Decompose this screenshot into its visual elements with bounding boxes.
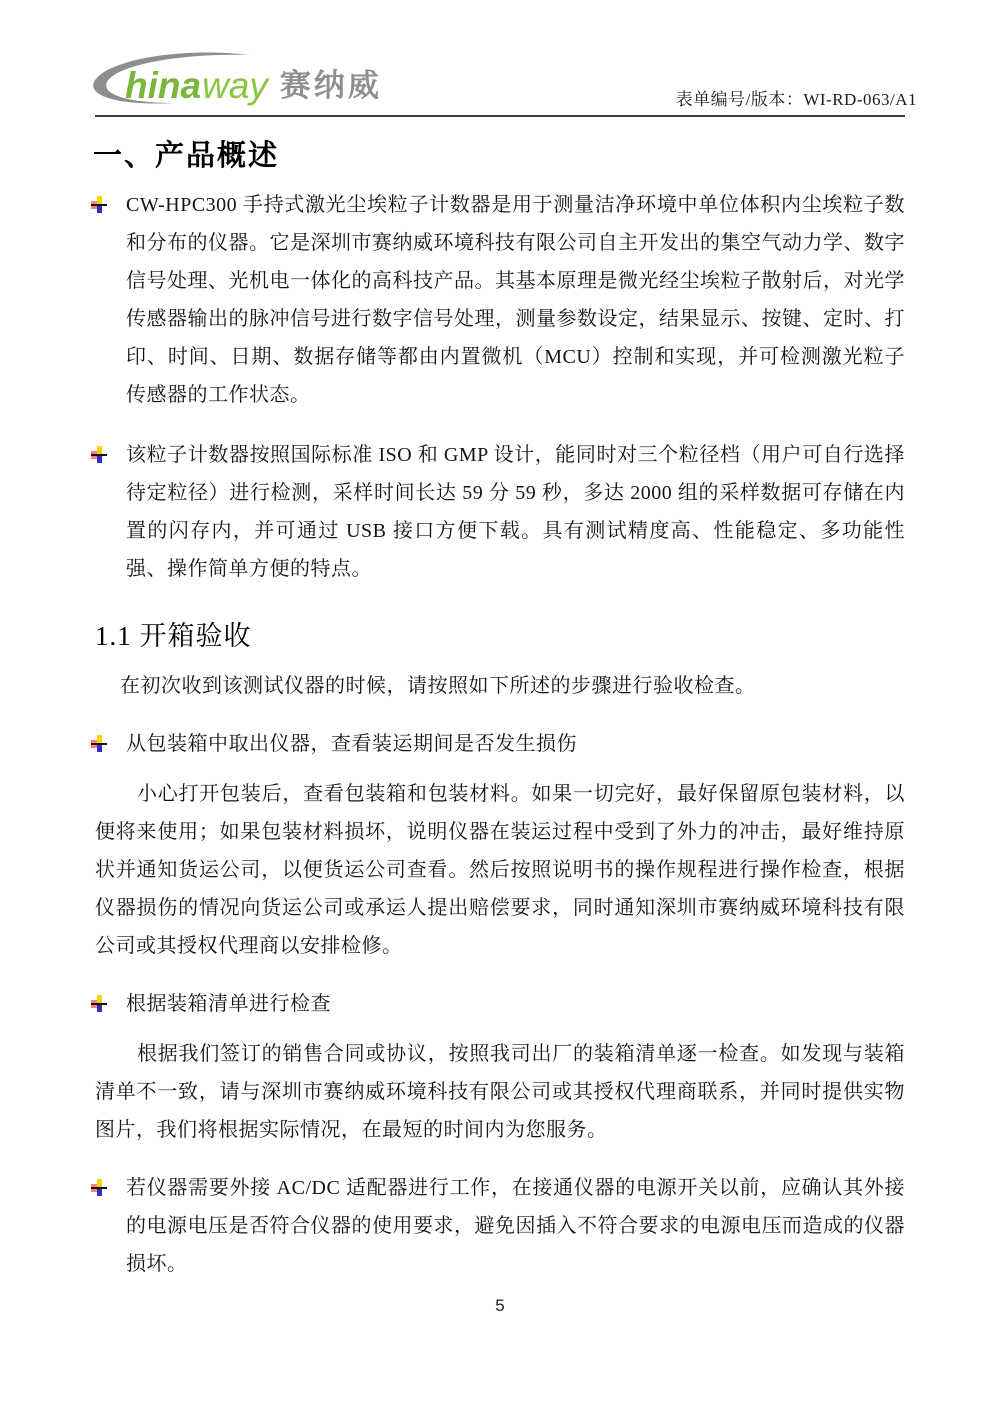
body-paragraph: CW-HPC300 手持式激光尘埃粒子计数器是用于测量洁净环境中单位体积内尘埃粒…	[126, 186, 905, 414]
section-title: 一、产品概述	[93, 133, 905, 174]
form-number-label: 表单编号/版本：WI-RD-063/A1	[676, 85, 917, 110]
list-bullet-icon	[91, 196, 108, 219]
brand-name-cn: 赛纳威	[280, 68, 382, 103]
step-heading: 从包装箱中取出仪器，查看装运期间是否发生损伤	[126, 725, 905, 763]
list-bullet-icon	[91, 735, 108, 758]
subsection-title: 1.1 开箱验收	[95, 614, 905, 653]
list-item: 若仪器需要外接 AC/DC 适配器进行工作，在接通仪器的电源开关以前，应确认其外…	[95, 1169, 905, 1283]
list-item: CW-HPC300 手持式激光尘埃粒子计数器是用于测量洁净环境中单位体积内尘埃粒…	[95, 186, 905, 414]
document-page: hinaway赛纳威 表单编号/版本：WI-RD-063/A1 一、产品概述 C…	[0, 0, 1000, 1414]
step-heading: 根据装箱清单进行检查	[126, 985, 905, 1023]
brand-way: way	[202, 65, 268, 106]
brand-logo: hinaway赛纳威	[95, 52, 425, 112]
list-bullet-icon	[91, 446, 108, 469]
brand-hina: hina	[125, 65, 201, 106]
list-bullet-icon	[91, 995, 108, 1018]
body-paragraph: 根据我们签订的销售合同或协议，按照我司出厂的装箱清单逐一检查。如发现与装箱清单不…	[95, 1035, 905, 1149]
intro-text: 在初次收到该测试仪器的时候，请按照如下所述的步骤进行验收检查。	[95, 667, 905, 705]
body-paragraph: 小心打开包装后，查看包装箱和包装材料。如果一切完好，最好保留原包装材料，以便将来…	[95, 775, 905, 965]
list-item: 根据装箱清单进行检查	[95, 985, 905, 1023]
page-number: 5	[0, 1296, 1000, 1316]
body-paragraph: 若仪器需要外接 AC/DC 适配器进行工作，在接通仪器的电源开关以前，应确认其外…	[126, 1169, 905, 1283]
list-item: 该粒子计数器按照国际标准 ISO 和 GMP 设计，能同时对三个粒径档（用户可自…	[95, 436, 905, 588]
body-paragraph: 该粒子计数器按照国际标准 ISO 和 GMP 设计，能同时对三个粒径档（用户可自…	[126, 436, 905, 588]
page-header: hinaway赛纳威 表单编号/版本：WI-RD-063/A1	[95, 56, 905, 117]
list-bullet-icon	[91, 1179, 108, 1202]
brand-wordmark: hinaway赛纳威	[125, 60, 382, 107]
list-item: 从包装箱中取出仪器，查看装运期间是否发生损伤	[95, 725, 905, 763]
